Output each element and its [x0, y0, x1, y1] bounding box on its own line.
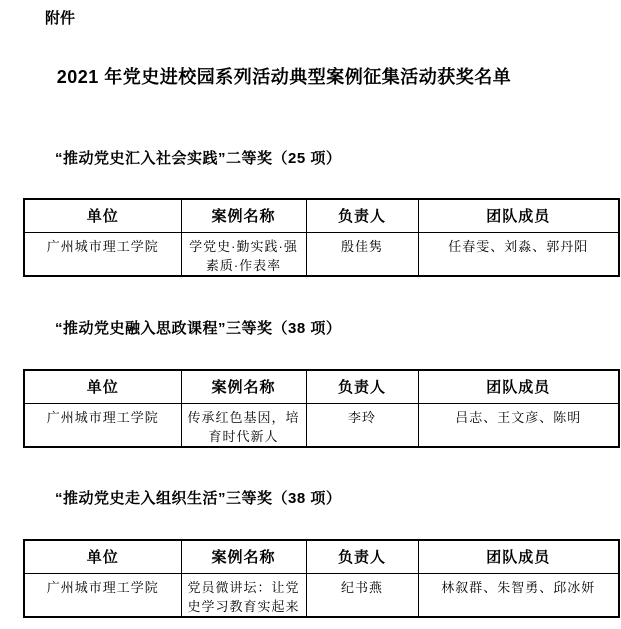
section-1-heading: “推动党史汇入社会实践”二等奖（25 项）: [55, 147, 341, 168]
table-header-row: 单位 案例名称 负责人 团队成员: [24, 370, 619, 403]
awards-table-3: 单位 案例名称 负责人 团队成员 广州城市理工学院 党员微讲坛：让党史学习教育实…: [23, 539, 620, 618]
table-row: 广州城市理工学院 传承红色基因，培育时代新人 李玲 吕志、王文彦、陈明: [24, 403, 619, 447]
document-title: 2021 年党史进校园系列活动典型案例征集活动获奖名单: [0, 63, 568, 89]
cell-case-name: 学党史·勤实践·强素质·作表率: [181, 232, 306, 276]
section-3-heading: “推动党史走入组织生活”三等奖（38 项）: [55, 487, 341, 508]
cell-case-name: 党员微讲坛：让党史学习教育实起来: [181, 573, 306, 617]
column-header-case-name: 案例名称: [181, 540, 306, 573]
cell-team-members: 任春雯、刘淼、郭丹阳: [418, 232, 619, 276]
section-2-heading: “推动党史融入思政课程”三等奖（38 项）: [55, 317, 341, 338]
cell-team-members: 林叙群、朱智勇、邱冰妍: [418, 573, 619, 617]
cell-unit: 广州城市理工学院: [24, 573, 181, 617]
column-header-team-members: 团队成员: [418, 199, 619, 232]
awards-table-1: 单位 案例名称 负责人 团队成员 广州城市理工学院 学党史·勤实践·强素质·作表…: [23, 198, 620, 277]
column-header-case-name: 案例名称: [181, 370, 306, 403]
column-header-leader: 负责人: [306, 540, 418, 573]
column-header-unit: 单位: [24, 540, 181, 573]
cell-unit: 广州城市理工学院: [24, 403, 181, 447]
table-header-row: 单位 案例名称 负责人 团队成员: [24, 540, 619, 573]
cell-leader: 李玲: [306, 403, 418, 447]
column-header-team-members: 团队成员: [418, 540, 619, 573]
cell-team-members: 吕志、王文彦、陈明: [418, 403, 619, 447]
awards-table-2: 单位 案例名称 负责人 团队成员 广州城市理工学院 传承红色基因，培育时代新人 …: [23, 369, 620, 448]
table-header-row: 单位 案例名称 负责人 团队成员: [24, 199, 619, 232]
column-header-team-members: 团队成员: [418, 370, 619, 403]
cell-case-name: 传承红色基因，培育时代新人: [181, 403, 306, 447]
cell-unit: 广州城市理工学院: [24, 232, 181, 276]
column-header-case-name: 案例名称: [181, 199, 306, 232]
column-header-unit: 单位: [24, 370, 181, 403]
column-header-unit: 单位: [24, 199, 181, 232]
cell-leader: 殷佳隽: [306, 232, 418, 276]
table-row: 广州城市理工学院 党员微讲坛：让党史学习教育实起来 纪书燕 林叙群、朱智勇、邱冰…: [24, 573, 619, 617]
column-header-leader: 负责人: [306, 370, 418, 403]
cell-leader: 纪书燕: [306, 573, 418, 617]
table-row: 广州城市理工学院 学党史·勤实践·强素质·作表率 殷佳隽 任春雯、刘淼、郭丹阳: [24, 232, 619, 276]
attachment-label: 附件: [45, 7, 75, 28]
column-header-leader: 负责人: [306, 199, 418, 232]
